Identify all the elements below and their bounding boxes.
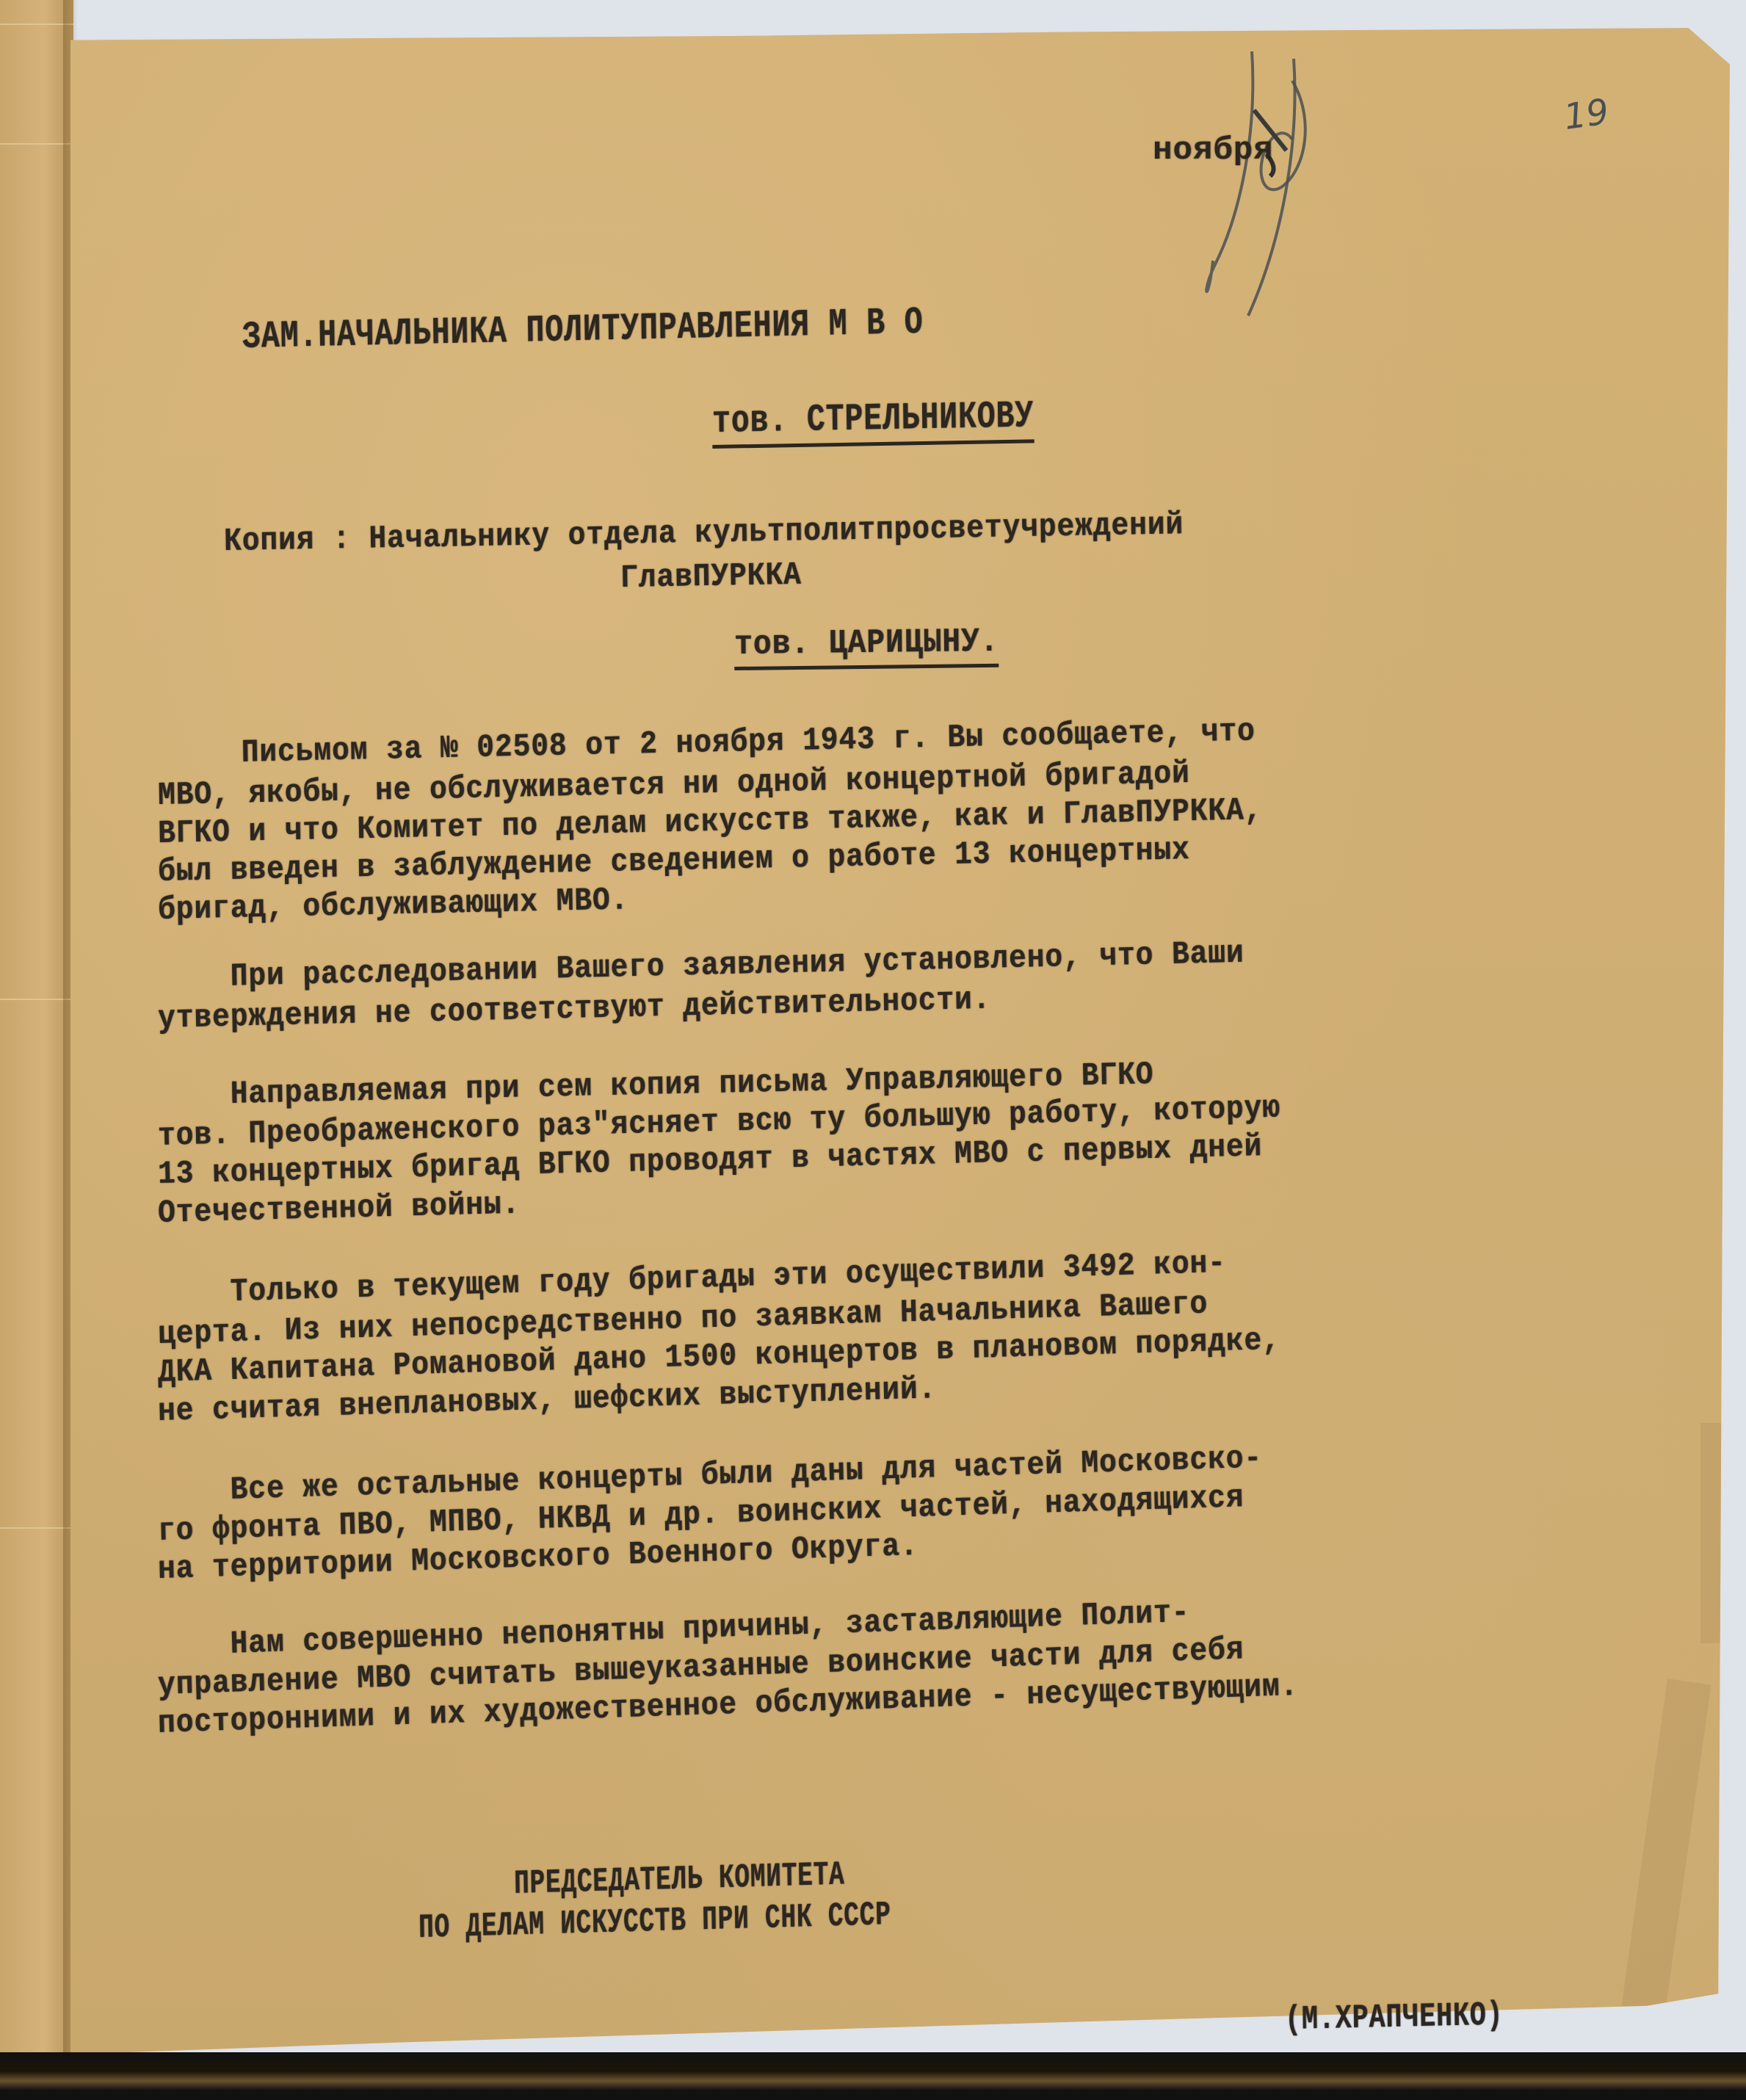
date-month: ноября (1153, 132, 1273, 169)
copy-to-org: ГлавПУРККА (620, 555, 802, 599)
scanner-edge (0, 2052, 1746, 2100)
addressee-name: тов. СТРЕЛЬНИКОВУ (712, 394, 1035, 449)
page-number: 19 (1561, 91, 1611, 138)
copy-to-name: тов. ЦАРИЦЫНУ. (734, 621, 999, 670)
signatory-name: (М.ХРАПЧЕНКО) (1285, 1996, 1504, 2039)
